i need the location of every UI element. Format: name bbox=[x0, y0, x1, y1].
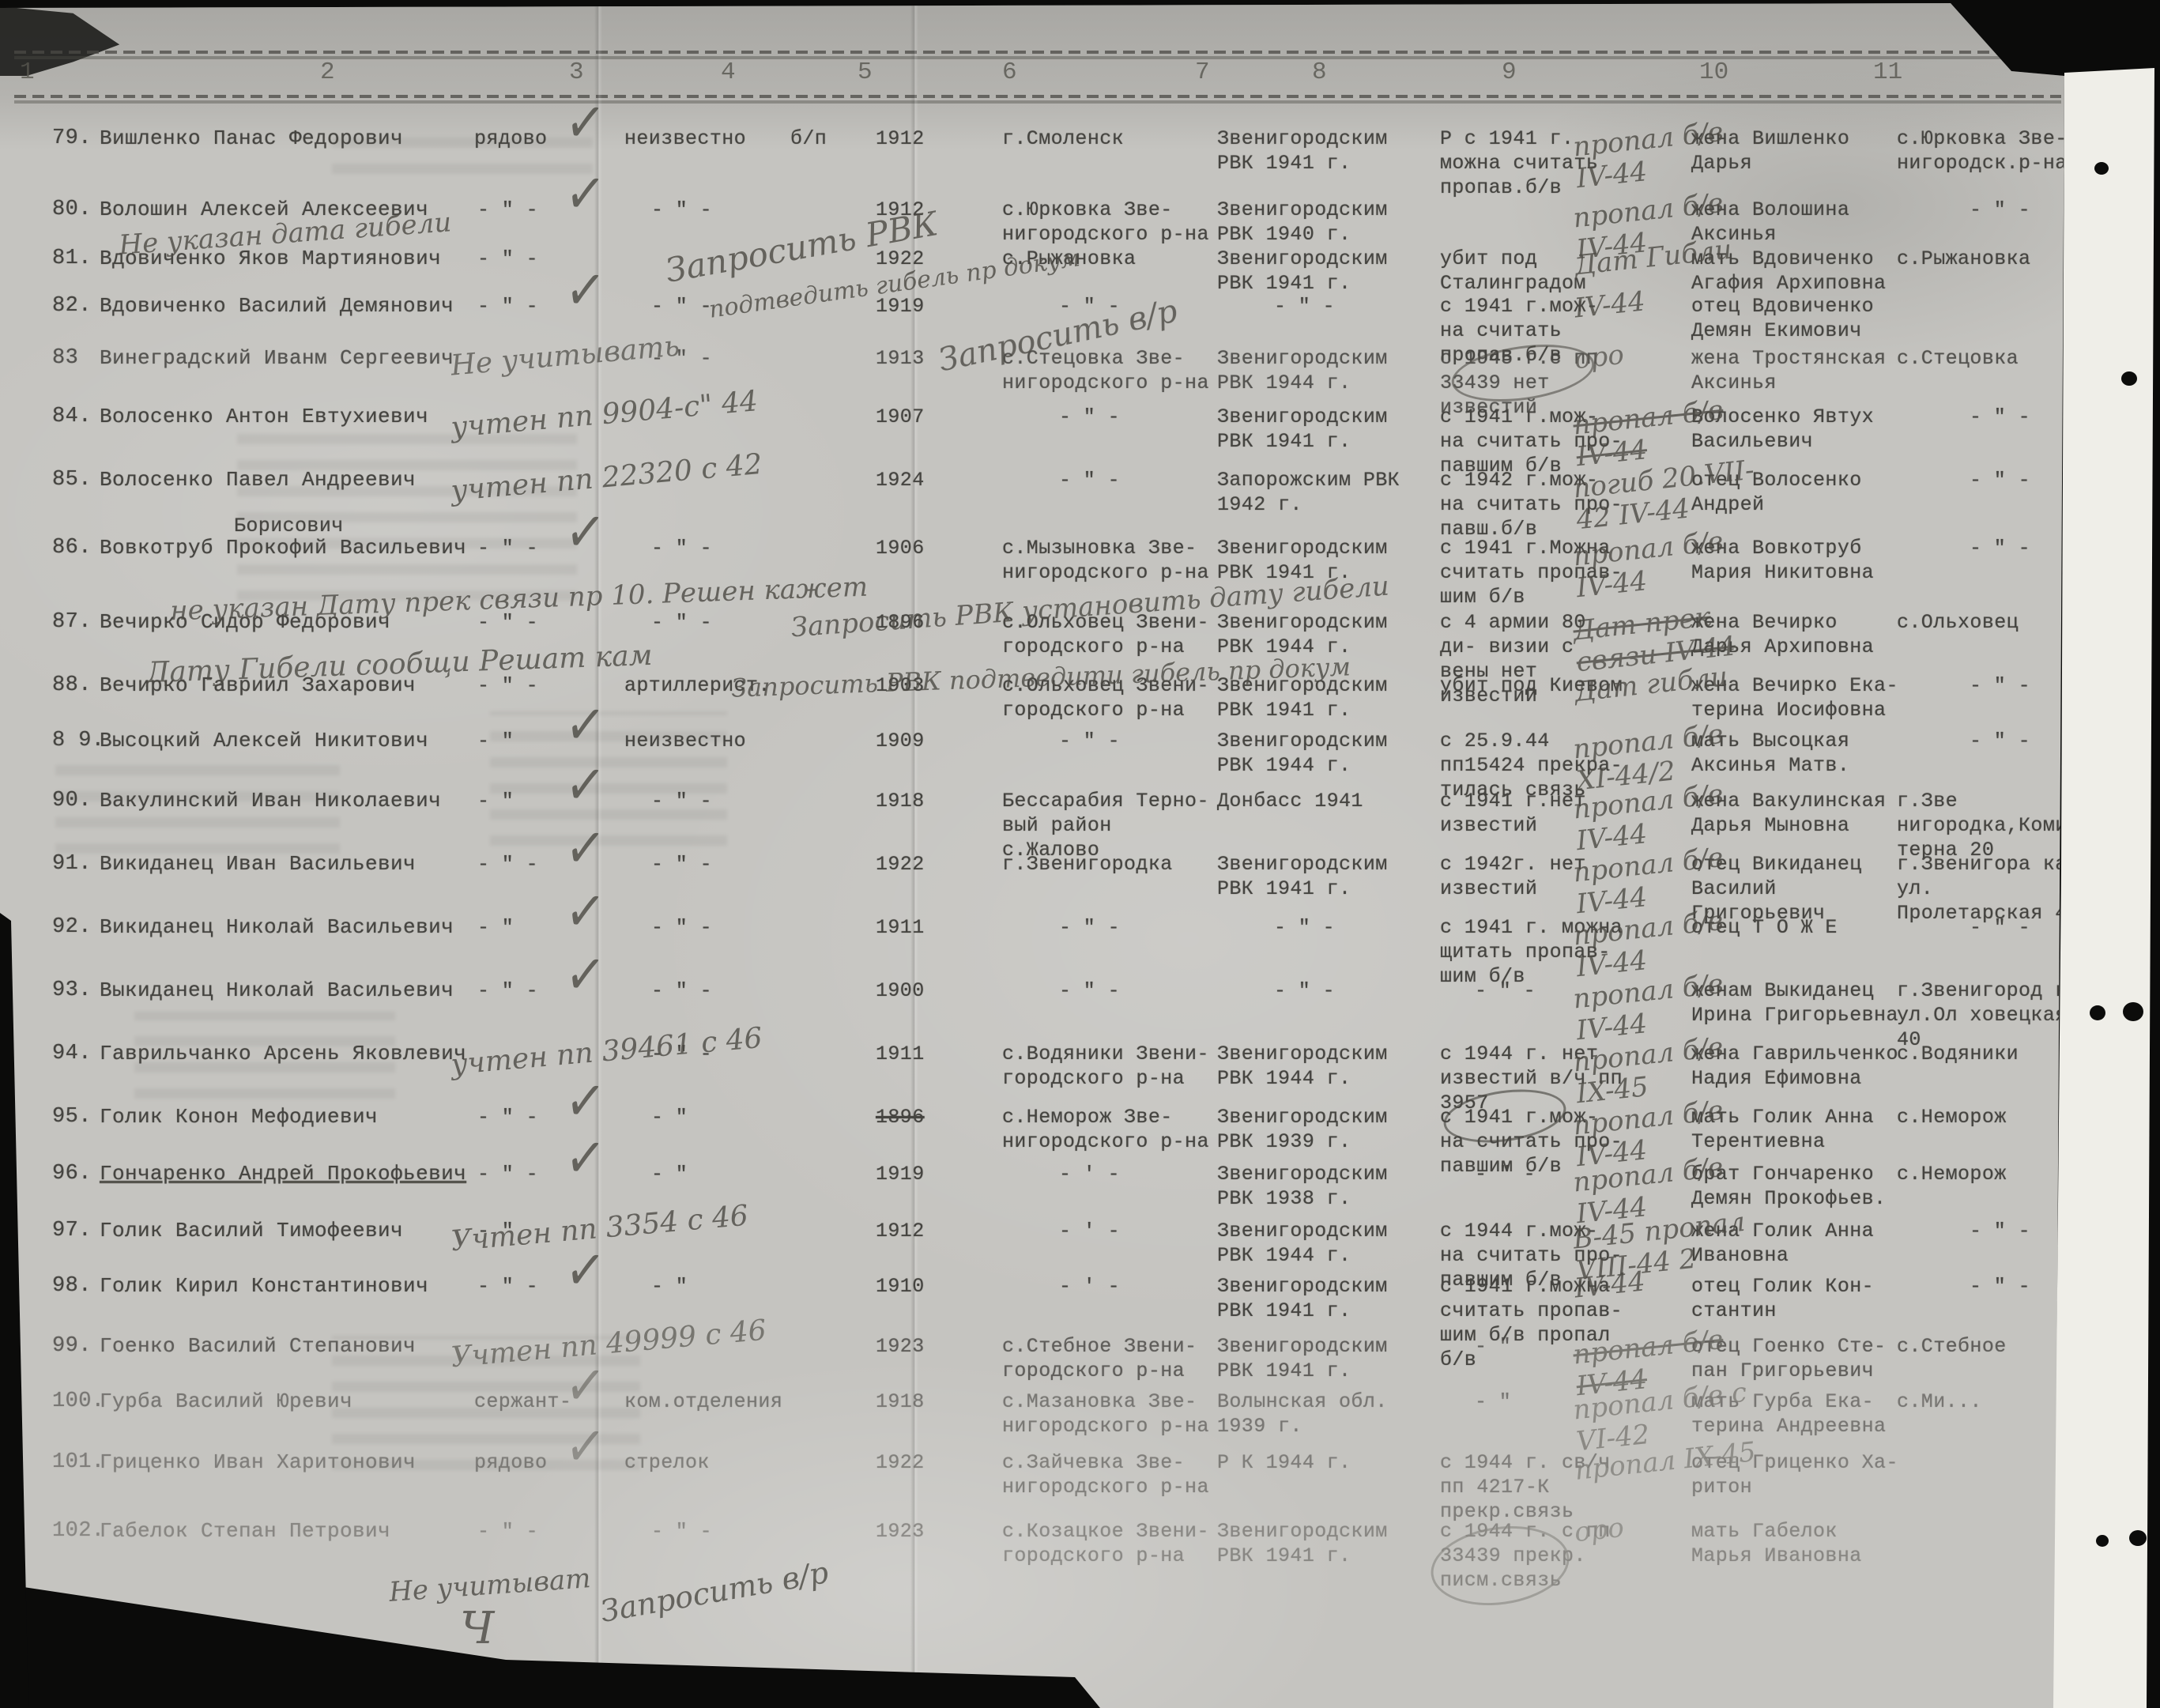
row-number: 99. bbox=[52, 1334, 92, 1359]
birthplace: г.Смоленск bbox=[1002, 126, 1212, 151]
punch-hole bbox=[2121, 371, 2137, 386]
pencil-mark: IV-44 bbox=[1573, 285, 1646, 324]
soldier-name: Волосенко Павел Андреевич bbox=[100, 468, 479, 492]
specialty: - " bbox=[651, 1274, 688, 1299]
soldier-name: Голик Василий Тимофеевич bbox=[100, 1219, 479, 1243]
birthplace: с.Мазановка Зве- нигородского р-на bbox=[1002, 1389, 1212, 1438]
row-number: 94. bbox=[52, 1042, 92, 1066]
row-number: 81. bbox=[52, 247, 92, 271]
drafting-rvk: Донбасс 1941 bbox=[1217, 789, 1427, 813]
column-number: 7 bbox=[1195, 58, 1210, 86]
birth-year: 1922 bbox=[876, 852, 925, 877]
soldier-name: Выкиданец Николай Васильевич bbox=[100, 978, 479, 1003]
birthplace: с.Юрковка Зве- нигородского р-на bbox=[1002, 198, 1212, 247]
birth-year: 1911 bbox=[876, 915, 925, 940]
bp-mark: б/п bbox=[790, 126, 827, 151]
row-number: 96. bbox=[52, 1162, 92, 1186]
column-number: 1 bbox=[20, 58, 35, 86]
checkmark-icon: ✓ bbox=[564, 767, 606, 802]
specialty: - " bbox=[651, 1105, 688, 1129]
row-number: 98. bbox=[52, 1274, 92, 1299]
row-number: 80. bbox=[52, 198, 92, 222]
header-dashed-rule-top bbox=[14, 51, 2061, 54]
checkmark-icon: ✓ bbox=[564, 894, 606, 929]
drafting-rvk: Звенигородским РВК 1939 г. bbox=[1217, 1105, 1427, 1154]
column-number: 3 bbox=[569, 58, 584, 86]
specialty: - " - bbox=[651, 789, 712, 813]
rank: - " - bbox=[477, 1274, 538, 1299]
soldier-name: Вовкотруб Прокофий Васильевич bbox=[100, 536, 479, 560]
row-number: 83 bbox=[52, 346, 78, 371]
rank: - " - bbox=[477, 1105, 538, 1129]
checkmark-icon: ✓ bbox=[564, 1141, 606, 1175]
soldier-name: Вишленко Панас Федорович bbox=[100, 126, 479, 151]
birth-year: 1922 bbox=[876, 1450, 925, 1475]
drafting-rvk: Звенигородским РВК 1944 г. bbox=[1217, 346, 1427, 395]
checkmark-icon: ✓ bbox=[564, 105, 606, 140]
drafting-rvk: Звенигородским РВК 1941 г. bbox=[1217, 852, 1427, 901]
rank: рядово bbox=[474, 126, 547, 151]
rank: сержант- bbox=[474, 1389, 571, 1414]
soldier-name: Гончаренко Андрей Прокофьевич bbox=[100, 1162, 479, 1186]
soldier-name: Гаврильчанко Арсень Яковлевич bbox=[100, 1042, 479, 1066]
rank: - " - bbox=[477, 536, 538, 560]
drafting-rvk: Звенигородским РВК 1941 г. bbox=[1217, 247, 1427, 296]
birthplace: с.Козацкое Звени- городского р-на bbox=[1002, 1519, 1212, 1568]
specialty: - " - bbox=[651, 1519, 712, 1544]
row-number: 85. bbox=[52, 468, 92, 492]
checkmark-icon: ✓ bbox=[564, 273, 606, 307]
soldier-name: Голик Конон Мефодиевич bbox=[100, 1105, 479, 1129]
checkmark-icon: ✓ bbox=[564, 515, 606, 549]
birth-year: 1924 bbox=[876, 468, 925, 492]
drafting-rvk: Звенигородским РВК 1944 г. bbox=[1217, 1219, 1427, 1268]
drafting-rvk: Волынская обл. 1939 г. bbox=[1217, 1389, 1427, 1438]
relative-address: с.Неморож bbox=[1897, 1105, 2080, 1129]
rank: - " bbox=[477, 915, 514, 940]
birth-year: 1923 bbox=[876, 1519, 925, 1544]
checkmark-icon: ✓ bbox=[564, 1084, 606, 1118]
column-number: 11 bbox=[1873, 58, 1902, 86]
row-number: 82. bbox=[52, 294, 92, 319]
specialty: стрелок bbox=[624, 1450, 710, 1475]
drafting-rvk: Р К 1944 г. bbox=[1217, 1450, 1427, 1475]
birthplace: с.Мызыновка Зве- нигородского р-на bbox=[1002, 536, 1212, 585]
specialty: - " bbox=[651, 1162, 688, 1186]
relative: отец Вдовиченко Демян Екимович bbox=[1691, 294, 1902, 343]
birth-year: 1918 bbox=[876, 789, 925, 813]
specialty: неизвестно bbox=[624, 126, 746, 151]
relative: отец Голик Кон- стантин bbox=[1691, 1274, 1902, 1323]
row-number: 87. bbox=[52, 610, 92, 635]
row-number: 93. bbox=[52, 978, 92, 1003]
specialty: - " - bbox=[651, 198, 712, 222]
rank: - " bbox=[477, 729, 514, 753]
checkmark-icon: ✓ bbox=[564, 957, 606, 992]
birth-year: 1919 bbox=[876, 1162, 925, 1186]
rank: - " - bbox=[477, 1519, 538, 1544]
drafting-rvk: Звенигородским РВК 1944 г. bbox=[1217, 729, 1427, 778]
pencil-note: учтен пп 22320 с 42 bbox=[450, 448, 763, 507]
specialty: - " - bbox=[651, 978, 712, 1003]
punch-hole bbox=[2096, 1535, 2109, 1547]
row-number: 97. bbox=[52, 1219, 92, 1243]
header-dashed-rule-bottom bbox=[14, 95, 2061, 98]
birth-year: 1907 bbox=[876, 405, 925, 429]
rank: - " bbox=[477, 789, 514, 813]
row-number: 88. bbox=[52, 673, 92, 698]
pencil-mark: IV-44 bbox=[1573, 1265, 1646, 1304]
specialty: - " - bbox=[651, 294, 712, 319]
birth-year: 1909 bbox=[876, 729, 925, 753]
column-number: 4 bbox=[721, 58, 736, 86]
row-number: 84. bbox=[52, 405, 92, 429]
birth-year: 1896 bbox=[876, 1105, 925, 1129]
specialty: неизвестно bbox=[624, 729, 746, 753]
birth-year: 1923 bbox=[876, 1334, 925, 1359]
drafting-rvk: Звенигородским РВК 1941 г. bbox=[1217, 405, 1427, 454]
punch-hole bbox=[2094, 162, 2109, 175]
pencil-annotation: Запросить в/р bbox=[597, 1555, 831, 1629]
row-number: 92. bbox=[52, 915, 92, 940]
birth-year: 1912 bbox=[876, 1219, 925, 1243]
pencil-note: Учтен пп 49999 с 46 bbox=[450, 1314, 767, 1374]
drafting-rvk: Звенигородским РВК 1941 г. bbox=[1217, 1334, 1427, 1383]
soldier-name: Вдовиченко Василий Демянович bbox=[100, 294, 479, 319]
column-number: 8 bbox=[1312, 58, 1327, 86]
specialty: - " - bbox=[651, 610, 712, 635]
relative-address: с.Ми... bbox=[1897, 1389, 2080, 1414]
relative-address: с.Неморож bbox=[1897, 1162, 2080, 1186]
relative: мать Габелок Марья Ивановна bbox=[1691, 1519, 1902, 1568]
birthplace: г.Звенигородка bbox=[1002, 852, 1212, 877]
drafting-rvk: Звенигородским РВК 1938 г. bbox=[1217, 1162, 1427, 1211]
drafting-rvk: Звенигородским РВК 1944 г. bbox=[1217, 1042, 1427, 1091]
pencil-mark: оро bbox=[1573, 1512, 1626, 1548]
relative-address: с.Рыжановка bbox=[1897, 247, 2080, 271]
punch-hole bbox=[2129, 1530, 2147, 1546]
row-number: 91. bbox=[52, 852, 92, 877]
rank: - " - bbox=[477, 294, 538, 319]
row-number: 101. bbox=[52, 1450, 104, 1475]
row-number: 90. bbox=[52, 789, 92, 813]
checkmark-icon: ✓ bbox=[564, 1253, 606, 1288]
specialty: ком.отделения bbox=[624, 1389, 782, 1414]
checkmark-icon: ✓ bbox=[564, 176, 606, 211]
birthplace: с.Зайчевка Зве- нигородского р-на bbox=[1002, 1450, 1212, 1499]
row-number: 100. bbox=[52, 1389, 104, 1414]
column-number: 6 bbox=[1002, 58, 1017, 86]
drafting-rvk: Звенигородским РВК 1940 г. bbox=[1217, 198, 1427, 247]
birthplace: - " - bbox=[1059, 915, 1269, 940]
rank: - " - bbox=[477, 852, 538, 877]
birthplace: с.Стебное Звени- городского р-на bbox=[1002, 1334, 1212, 1383]
punch-hole bbox=[2123, 1002, 2143, 1021]
rank: - " - bbox=[477, 198, 538, 222]
column-number: 2 bbox=[320, 58, 335, 86]
column-number: 5 bbox=[858, 58, 873, 86]
row-number: 79. bbox=[52, 126, 92, 151]
soldier-name: Высоцкий Алексей Никитович bbox=[100, 729, 479, 753]
column-number: 9 bbox=[1502, 58, 1517, 86]
row-number: 102. bbox=[52, 1519, 104, 1544]
rank: - " - bbox=[477, 1162, 538, 1186]
rank: - " - bbox=[477, 247, 538, 271]
soldier-name: Волосенко Антон Евтухиевич bbox=[100, 405, 479, 429]
soldier-name: Гоенко Василий Степанович bbox=[100, 1334, 479, 1359]
relative-address: с.Водяники bbox=[1897, 1042, 2080, 1066]
soldier-name: Габелок Степан Петрович bbox=[100, 1519, 479, 1544]
drafting-rvk: Звенигородским РВК 1941 г. bbox=[1217, 1274, 1427, 1323]
birth-year: 1912 bbox=[876, 126, 925, 151]
name-correction: Борисович bbox=[234, 514, 344, 538]
birth-year: 1906 bbox=[876, 536, 925, 560]
specialty: - " - bbox=[651, 536, 712, 560]
drafting-rvk: Звенигородским РВК 1941 г. bbox=[1217, 126, 1427, 175]
soldier-name: Голик Кирил Константинович bbox=[100, 1274, 479, 1299]
scanned-document-page: 123456789101112 79.Вишленко Панас Федоро… bbox=[0, 0, 2160, 1708]
relative-address: с.Юрковка Зве- нигородск.р-на bbox=[1897, 126, 2080, 175]
soldier-name: Викиданец Николай Васильевич bbox=[100, 915, 479, 940]
soldier-name: Гурба Василий Юревич bbox=[100, 1389, 479, 1414]
birthplace: - " - bbox=[1059, 978, 1269, 1003]
relative-address: с.Стецовка bbox=[1897, 346, 2080, 371]
row-number: 8 9. bbox=[52, 729, 104, 753]
drafting-rvk: Звенигородским РВК 1941 г. bbox=[1217, 1519, 1427, 1568]
specialty: - " - bbox=[651, 915, 712, 940]
specialty: - " - bbox=[651, 852, 712, 877]
row-number: 86. bbox=[52, 536, 92, 560]
drafting-rvk: - " - bbox=[1274, 978, 1484, 1003]
row-number: 95. bbox=[52, 1105, 92, 1129]
rank: рядово bbox=[474, 1450, 547, 1475]
soldier-name: Викиданец Иван Васильевич bbox=[100, 852, 479, 877]
pencil-annotation: Не учитыват bbox=[388, 1563, 592, 1608]
relative: жена Тростянская Аксинья bbox=[1691, 346, 1902, 395]
pencil-note: Не учитывать bbox=[450, 330, 681, 382]
checkmark-icon: ✓ bbox=[564, 1368, 606, 1403]
pencil-note: учтен пп 9904-с" 44 bbox=[450, 385, 760, 444]
birth-year: 1910 bbox=[876, 1274, 925, 1299]
checkmark-icon: ✓ bbox=[564, 831, 606, 865]
birth-year: 1913 bbox=[876, 346, 925, 371]
birthplace: с.Неморож Зве- нигородского р-на bbox=[1002, 1105, 1212, 1154]
rank: - " - bbox=[477, 978, 538, 1003]
soldier-name: Вакулинский Иван Николаевич bbox=[100, 789, 479, 813]
paper-sheet: 123456789101112 79.Вишленко Панас Федоро… bbox=[0, 0, 2160, 1708]
punch-hole bbox=[2090, 1005, 2105, 1020]
column-number: 10 bbox=[1699, 58, 1728, 86]
birthplace: с.Водяники Звени- городского р-на bbox=[1002, 1042, 1212, 1091]
pencil-annotation: Ч bbox=[460, 1603, 494, 1654]
relative-address: с.Стебное bbox=[1897, 1334, 2080, 1359]
relative-address: с.Ольховец bbox=[1897, 610, 2080, 635]
checkmark-icon: ✓ bbox=[564, 1429, 606, 1464]
birth-year: 1911 bbox=[876, 1042, 925, 1066]
pencil-mark: пропал б/в IV-44 bbox=[1571, 112, 1766, 195]
birth-year: 1900 bbox=[876, 978, 925, 1003]
soldier-name: Гриценко Иван Харитонович bbox=[100, 1450, 479, 1475]
soldier-name: Винеградский Иванм Сергеевич bbox=[100, 346, 479, 371]
birth-year: 1918 bbox=[876, 1389, 925, 1414]
drafting-rvk: Запорожским РВК 1942 г. bbox=[1217, 468, 1427, 517]
checkmark-icon: ✓ bbox=[564, 707, 606, 742]
